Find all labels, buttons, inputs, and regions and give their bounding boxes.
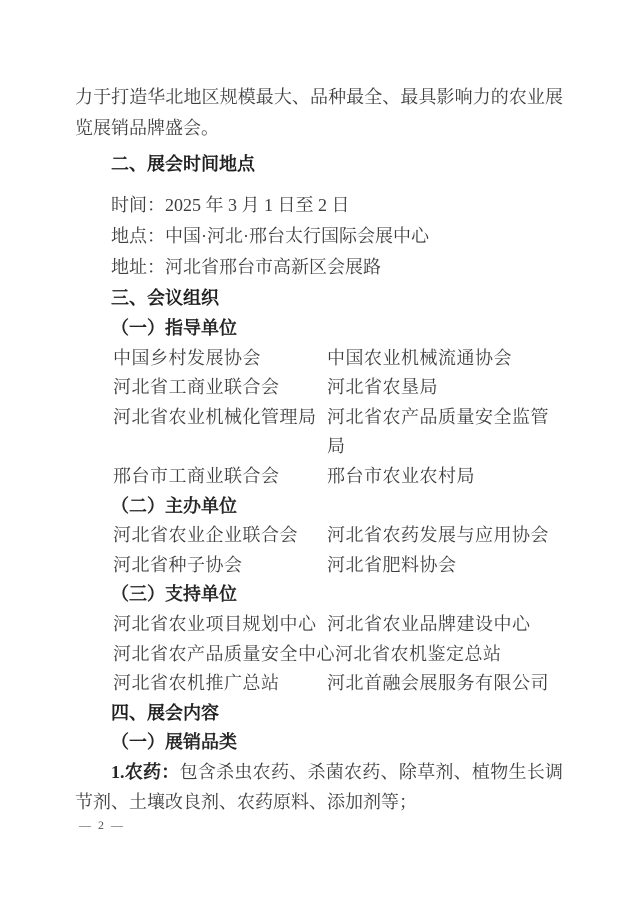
org-row: 河北省农业企业联合会 河北省农药发展与应用协会 [75,521,563,551]
org-row: 河北省农业项目规划中心 河北省农业品牌建设中心 [75,610,563,640]
document-body: 力于打造华北地区规模最大、品种最全、最具影响力的农业展览展销品牌盛会。 二、展会… [75,0,563,817]
org-name: 河北省农产品质量安全监管局 [327,403,563,462]
section-heading-organization: 三、会议组织 [75,283,563,314]
org-row: 河北省种子协会 河北省肥料协会 [75,551,563,581]
section-heading-exhibition-content: 四、展会内容 [75,699,563,729]
group-title-host: （二）主办单位 [75,492,563,522]
event-venue-line: 地点：中国·河北·邢台太行国际会展中心 [75,221,563,252]
org-name: 河北省农产品质量安全中心 [113,640,335,670]
org-name: 河北省农机鉴定总站 [335,640,502,670]
event-time-line: 时间：2025 年 3 月 1 日至 2 日 [75,190,563,221]
section-heading-time-place: 二、展会时间地点 [75,149,563,180]
org-name: 河北省种子协会 [113,551,327,581]
org-name: 河北首融会展服务有限公司 [327,669,549,699]
org-name: 河北省农机推广总站 [113,669,327,699]
org-name: 邢台市农业农村局 [327,462,475,492]
subheading-categories: （一）展销品类 [75,728,563,758]
org-row: 邢台市工商业联合会 邢台市农业农村局 [75,462,563,492]
org-name: 中国农业机械流通协会 [327,344,512,374]
org-name: 邢台市工商业联合会 [113,462,327,492]
org-row: 河北省农业机械化管理局 河北省农产品质量安全监管局 [75,403,563,462]
org-name: 河北省农业机械化管理局 [113,403,327,462]
org-name: 河北省农垦局 [327,373,438,403]
org-name: 河北省工商业联合会 [113,373,327,403]
org-row: 河北省工商业联合会 河北省农垦局 [75,373,563,403]
page-number: — 2 — [79,818,125,832]
category-item-label: 1.农药： [111,762,180,782]
category-item-pesticide: 1.农药：包含杀虫农药、杀菌农药、除草剂、植物生长调节剂、土壤改良剂、农药原料、… [75,758,563,817]
group-title-guidance: （一）指导单位 [75,314,563,344]
event-address-line: 地址：河北省邢台市高新区会展路 [75,252,563,283]
org-row: 河北省农产品质量安全中心 河北省农机鉴定总站 [75,640,563,670]
org-name: 河北省农业项目规划中心 [113,610,327,640]
org-row: 河北省农机推广总站 河北首融会展服务有限公司 [75,669,563,699]
organization-section: （一）指导单位 中国乡村发展协会 中国农业机械流通协会 河北省工商业联合会 河北… [75,314,563,817]
intro-paragraph: 力于打造华北地区规模最大、品种最全、最具影响力的农业展览展销品牌盛会。 [75,82,563,144]
org-name: 河北省肥料协会 [327,551,457,581]
org-name: 河北省农药发展与应用协会 [327,521,549,551]
org-row: 中国乡村发展协会 中国农业机械流通协会 [75,344,563,374]
org-name: 河北省农业企业联合会 [113,521,327,551]
group-title-support: （三）支持单位 [75,580,563,610]
document-page: 力于打造华北地区规模最大、品种最全、最具影响力的农业展览展销品牌盛会。 二、展会… [0,0,635,898]
org-name: 河北省农业品牌建设中心 [327,610,531,640]
org-name: 中国乡村发展协会 [113,344,327,374]
